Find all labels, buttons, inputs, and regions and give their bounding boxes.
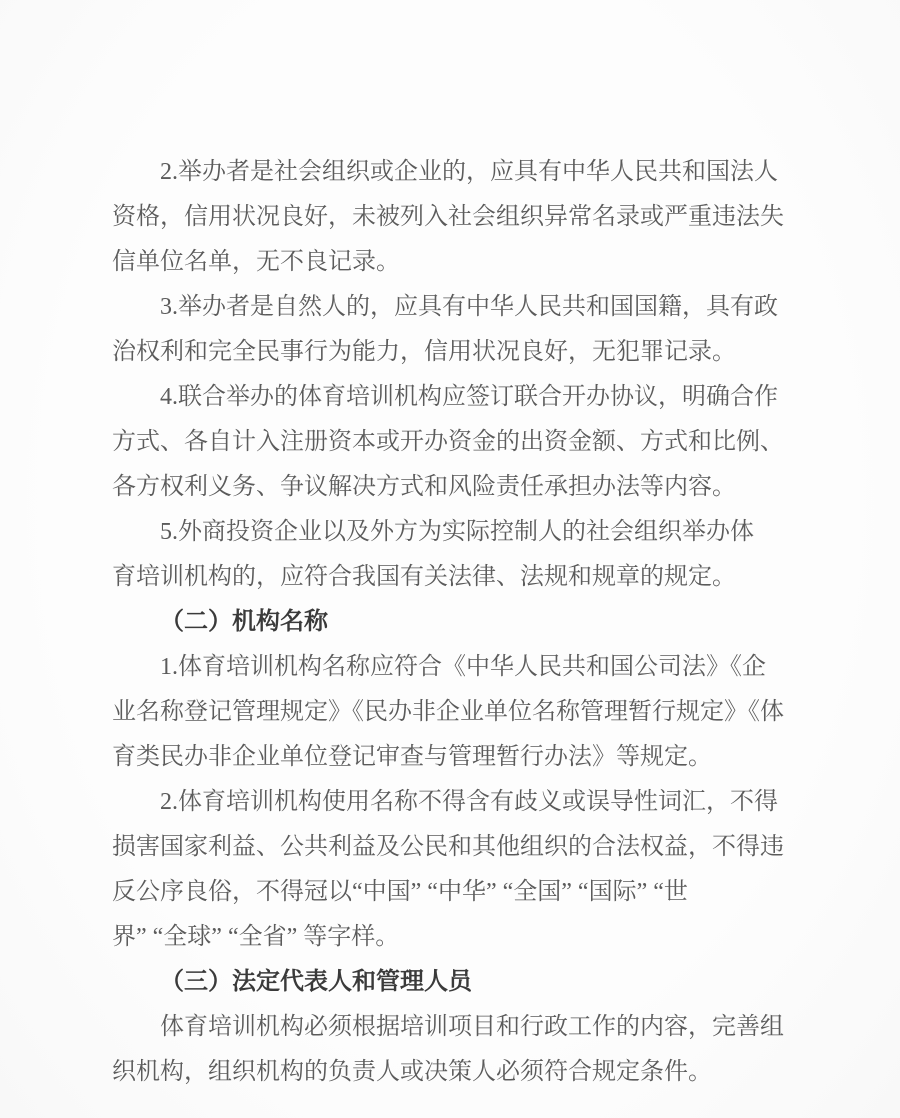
body-text-line: 各方权利义务、争议解决方式和风险责任承担办法等内容。 <box>112 465 792 510</box>
body-text-line: 反公序良俗，不得冠以“中国” “中华” “全国” “国际” “世 <box>112 870 792 915</box>
heading-section-3-legal-rep: （三）法定代表人和管理人员 <box>112 960 792 1005</box>
document-body-text: 2.举办者是社会组织或企业的，应具有中华人民共和国法人 资格，信用状况良好，未被… <box>112 150 792 1095</box>
body-text-line: 织机构，组织机构的负责人或决策人必须符合规定条件。 <box>112 1050 792 1095</box>
document-page: 2.举办者是社会组织或企业的，应具有中华人民共和国法人 资格，信用状况良好，未被… <box>0 0 900 1118</box>
body-text-line: 信单位名单，无不良记录。 <box>112 240 792 285</box>
body-text-line: 损害国家利益、公共利益及公民和其他组织的合法权益，不得违 <box>112 825 792 870</box>
body-text-line: 4.联合举办的体育培训机构应签订联合开办协议，明确合作 <box>112 375 792 420</box>
body-text-line: 3.举办者是自然人的，应具有中华人民共和国国籍，具有政 <box>112 285 792 330</box>
body-text-line: 2.举办者是社会组织或企业的，应具有中华人民共和国法人 <box>112 150 792 195</box>
body-text-line: 界” “全球” “全省” 等字样。 <box>112 915 792 960</box>
body-text-line: 治权利和完全民事行为能力，信用状况良好，无犯罪记录。 <box>112 330 792 375</box>
body-text-line: 1.体育培训机构名称应符合《中华人民共和国公司法》《企 <box>112 645 792 690</box>
body-text-line: 育培训机构的，应符合我国有关法律、法规和规章的规定。 <box>112 555 792 600</box>
body-text-line: 资格，信用状况良好，未被列入社会组织异常名录或严重违法失 <box>112 195 792 240</box>
body-text-line: 5.外商投资企业以及外方为实际控制人的社会组织举办体 <box>112 510 792 555</box>
body-text-line: 育类民办非企业单位登记审查与管理暂行办法》等规定。 <box>112 735 792 780</box>
heading-section-2-org-name: （二）机构名称 <box>112 600 792 645</box>
body-text-line: 方式、各自计入注册资本或开办资金的出资金额、方式和比例、 <box>112 420 792 465</box>
body-text-line: 体育培训机构必须根据培训项目和行政工作的内容，完善组 <box>112 1005 792 1050</box>
body-text-line: 业名称登记管理规定》《民办非企业单位名称管理暂行规定》《体 <box>112 690 792 735</box>
body-text-line: 2.体育培训机构使用名称不得含有歧义或误导性词汇，不得 <box>112 780 792 825</box>
